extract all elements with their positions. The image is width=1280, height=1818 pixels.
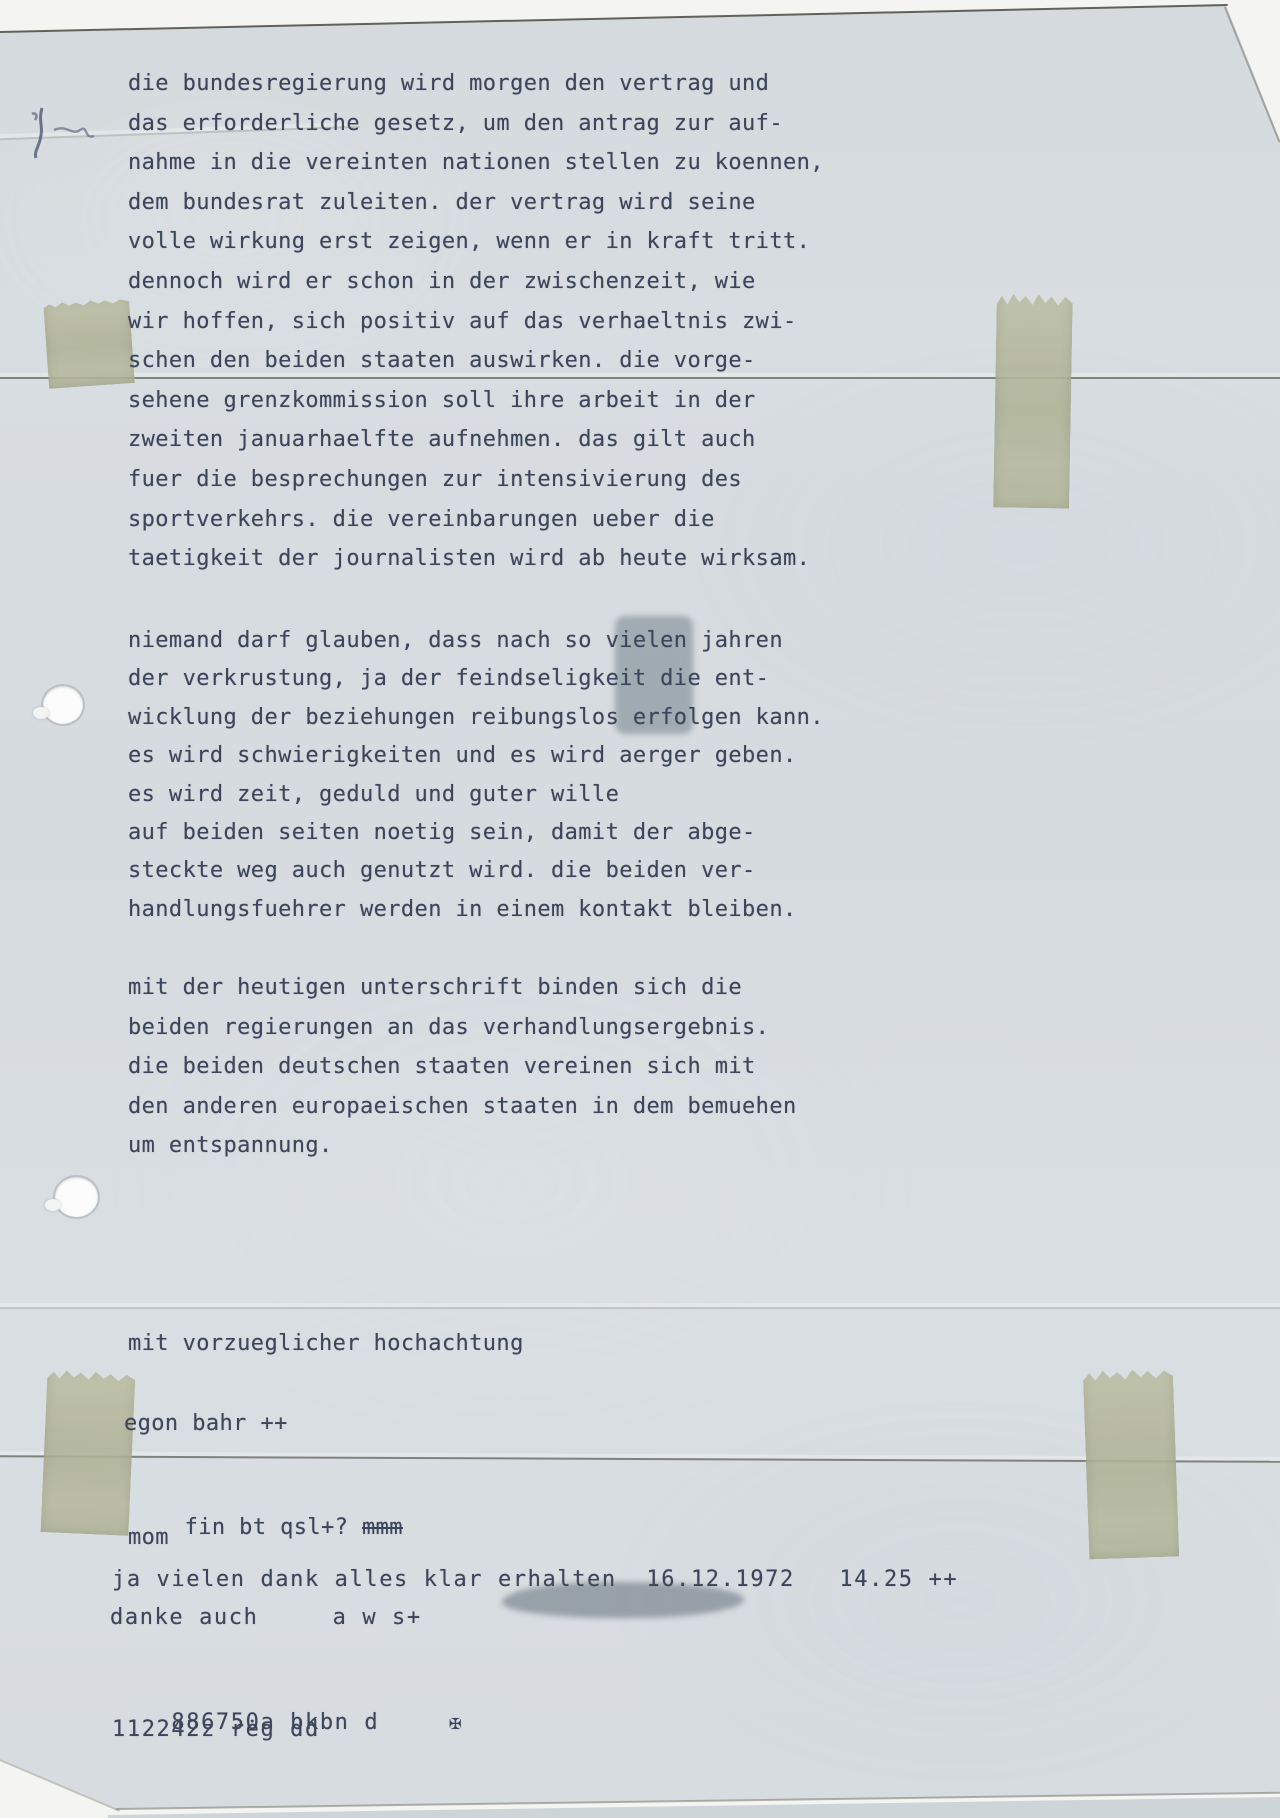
telex-mom-line: mom <box>128 1524 169 1552</box>
telex-thanks-line: danke auch a w s+ <box>110 1604 422 1632</box>
telex-fin-line: fin bt qsl+? mmm <box>130 1486 403 1570</box>
typed-line: die bundesregierung wird morgen den vert… <box>128 64 824 104</box>
telex-fin-text: fin bt qsl+? <box>185 1515 362 1540</box>
punch-hole-flap <box>33 707 49 719</box>
signature-line: egon bahr ++ <box>124 1410 288 1438</box>
pen-scribble-mark <box>14 96 124 186</box>
typed-line: um entspannung. <box>128 1126 797 1166</box>
paragraph-outlook: niemand darf glauben, dass nach so viele… <box>128 622 824 929</box>
paragraph-signature-meaning: mit der heutigen unterschrift binden sic… <box>128 968 797 1166</box>
typed-line: auf beiden seiten noetig sein, damit der… <box>128 814 824 852</box>
typed-line: niemand darf glauben, dass nach so viele… <box>128 622 824 660</box>
typed-line: sportverkehrs. die vereinbarungen ueber … <box>128 500 824 540</box>
punch-hole <box>55 1177 98 1217</box>
typed-line: es wird schwierigkeiten und es wird aerg… <box>128 737 824 775</box>
punch-hole-flap <box>45 1199 61 1211</box>
cross-icon: ✠ <box>379 1710 461 1734</box>
typed-line: wir hoffen, sich positiv auf das verhael… <box>128 302 824 342</box>
tape-strip <box>40 1368 135 1536</box>
tape-strip <box>993 291 1073 508</box>
typed-line: nahme in die vereinten nationen stellen … <box>128 143 824 183</box>
typed-line: schen den beiden staaten auswirken. die … <box>128 341 824 381</box>
typed-line: den anderen europaeischen staaten in dem… <box>128 1087 797 1127</box>
typed-line: zweiten januarhaelfte aufnehmen. das gil… <box>128 420 824 460</box>
typed-line: es wird zeit, geduld und guter wille <box>128 776 824 814</box>
typed-line: beiden regierungen an das verhandlungser… <box>128 1008 797 1048</box>
typed-line: taetigkeit der journalisten wird ab heut… <box>128 539 824 579</box>
telex-ack-line: ja vielen dank alles klar erhalten 16.12… <box>112 1566 958 1594</box>
typed-line: volle wirkung erst zeigen, wenn er in kr… <box>128 222 824 262</box>
paragraph-treaty: die bundesregierung wird morgen den vert… <box>128 64 824 579</box>
tape-strip <box>43 297 135 389</box>
station-time-line: 112242z reg dd <box>112 1716 320 1744</box>
telex-struck-chars: mmm <box>362 1515 403 1540</box>
scanned-telex-page: die bundesregierung wird morgen den vert… <box>0 0 1280 1818</box>
closing-salutation: mit vorzueglicher hochachtung <box>128 1330 524 1358</box>
typed-line: das erforderliche gesetz, um den antrag … <box>128 104 824 144</box>
typed-line: steckte weg auch genutzt wird. die beide… <box>128 852 824 890</box>
typed-line: wicklung der beziehungen reibungslos erf… <box>128 699 824 737</box>
typed-line: fuer die besprechungen zur intensivierun… <box>128 460 824 500</box>
typed-line: dem bundesrat zuleiten. der vertrag wird… <box>128 183 824 223</box>
tape-strip <box>1083 1366 1180 1559</box>
typed-line: mit der heutigen unterschrift binden sic… <box>128 968 797 1008</box>
typed-line: die beiden deutschen staaten vereinen si… <box>128 1047 797 1087</box>
faint-crease-line <box>0 1303 1280 1311</box>
typed-line: sehene grenzkommission soll ihre arbeit … <box>128 381 824 421</box>
punch-hole <box>43 686 83 724</box>
typed-line: handlungsfuehrer werden in einem kontakt… <box>128 891 824 929</box>
typed-line: der verkrustung, ja der feindseligkeit d… <box>128 660 824 698</box>
typed-line: dennoch wird er schon in der zwischenzei… <box>128 262 824 302</box>
